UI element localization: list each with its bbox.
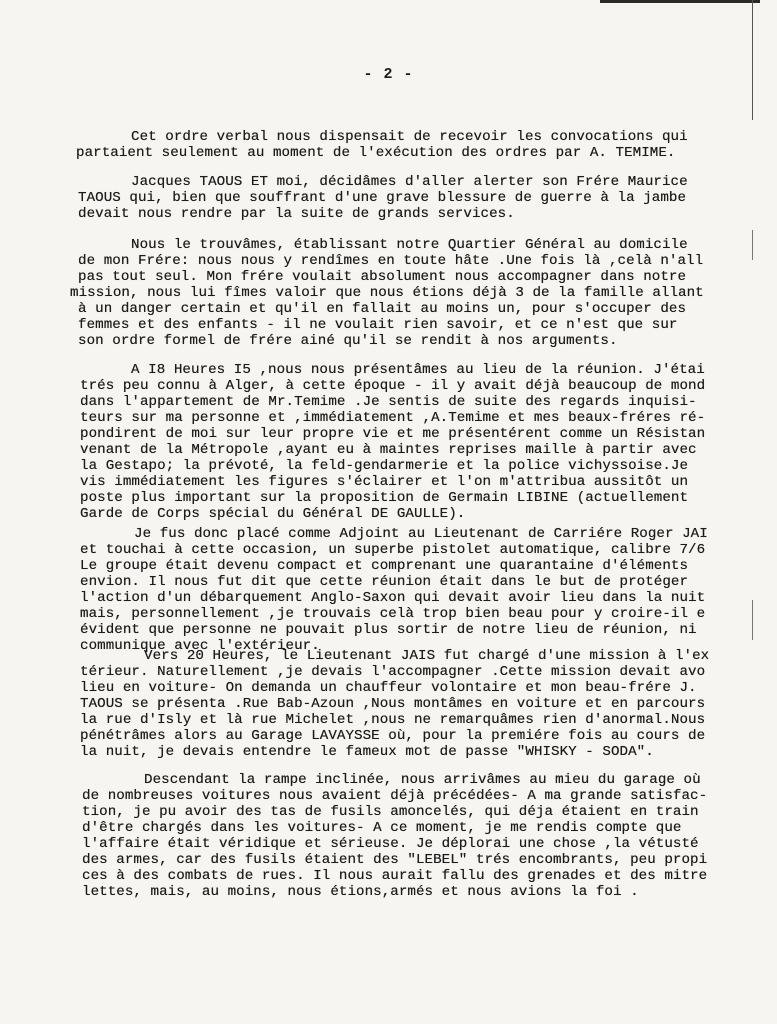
text-line: Cet ordre verbal nous dispensait de rece…	[131, 129, 688, 145]
scanned-page: - 2 - Cet ordre verbal nous dispensait d…	[0, 0, 777, 1024]
text-line: teurs sur ma personne et ,immédiatement …	[80, 410, 705, 426]
text-line: TAOUS qui, bien que souffrant d'une grav…	[78, 190, 686, 206]
text-line: mais, personnellement ,je trouvais celà …	[80, 606, 705, 622]
text-line: venant de la Métropole ,ayant eu à maint…	[80, 442, 697, 458]
text-line: dans l'appartement de Mr.Temime .Je sent…	[80, 394, 697, 410]
text-line: devait nous rendre par la suite de grand…	[78, 206, 515, 222]
text-line: pas tout seul. Mon frére voulait absolum…	[78, 269, 686, 285]
text-line: lettes, mais, au moins, nous étions,armé…	[82, 884, 639, 900]
text-line: Jacques TAOUS ET moi, décidâmes d'aller …	[131, 174, 688, 190]
scan-edge-right	[752, 0, 753, 120]
text-line: l'action d'un débarquement Anglo-Saxon q…	[80, 590, 705, 606]
text-line: lieu en voiture- On demanda un chauffeur…	[80, 680, 697, 696]
text-line: Le groupe était devenu compact et compre…	[80, 558, 688, 574]
text-line: la nuit, je devais entendre le fameux mo…	[80, 744, 654, 760]
text-line: Descendant la rampe inclinée, nous arriv…	[144, 772, 701, 788]
text-line: partaient seulement au moment de l'exécu…	[76, 145, 675, 161]
text-line: pondirent de moi sur leur propre vie et …	[80, 426, 705, 442]
text-line: vis immédiatement les figures s'éclairer…	[80, 474, 688, 490]
text-line: envion. Il nous fut dit que cette réunio…	[80, 574, 688, 590]
text-line: trés peu connu à Alger, à cette époque -…	[80, 378, 705, 394]
text-line: térieur. Naturellement ,je devais l'acco…	[80, 664, 705, 680]
text-line: à un danger certain et qu'il en fallait …	[78, 301, 686, 317]
text-line: la rue d'Isly et là rue Michelet ,nous n…	[80, 712, 705, 728]
text-line: femmes et des enfants - il ne voulait ri…	[78, 317, 677, 333]
text-line: mission, nous lui fîmes valoir que nous …	[70, 285, 704, 301]
text-line: ces à des combats de rues. Il nous aurai…	[82, 868, 707, 884]
page-number: - 2 -	[0, 66, 777, 83]
text-line: Vers 20 Heures, le Lieutenant JAIS fut c…	[144, 648, 709, 664]
text-line: Je fus donc placé comme Adjoint au Lieut…	[134, 526, 708, 542]
text-line: Nous le trouvâmes, établissant notre Qua…	[131, 237, 688, 253]
text-line: Garde de Corps spécial du Général DE GAU…	[80, 506, 465, 522]
text-line: la Gestapo; la prévoté, la feld-gendarme…	[80, 458, 688, 474]
text-line: A I8 Heures I5 ,nous nous présentâmes au…	[131, 362, 705, 378]
scan-edge-top	[600, 0, 760, 3]
text-line: l'affaire était véridique et sérieuse. J…	[82, 836, 699, 852]
text-line: tion, je pu avoir des tas de fusils amon…	[82, 804, 699, 820]
text-line: pénétrâmes alors au Garage LAVAYSSE où, …	[80, 728, 705, 744]
text-line: et touchai à cette occasion, un superbe …	[80, 542, 705, 558]
text-line: de nombreuses voitures nous avaient déjà…	[82, 788, 707, 804]
text-line: d'être chargés dans les voitures- A ce m…	[82, 820, 681, 836]
margin-mark	[752, 230, 753, 260]
text-line: des armes, car des fusils étaient des "L…	[82, 852, 707, 868]
text-line: poste plus important sur la proposition …	[80, 490, 688, 506]
text-line: son ordre formel de frére ainé qu'il se …	[78, 333, 618, 349]
margin-mark	[752, 600, 753, 640]
text-line: de mon Frére: nous nous y rendîmes en to…	[78, 253, 703, 269]
text-line: évident que personne ne pouvait plus sor…	[80, 622, 697, 638]
text-line: TAOUS se présenta .Rue Bab-Azoun ,Nous m…	[80, 696, 705, 712]
